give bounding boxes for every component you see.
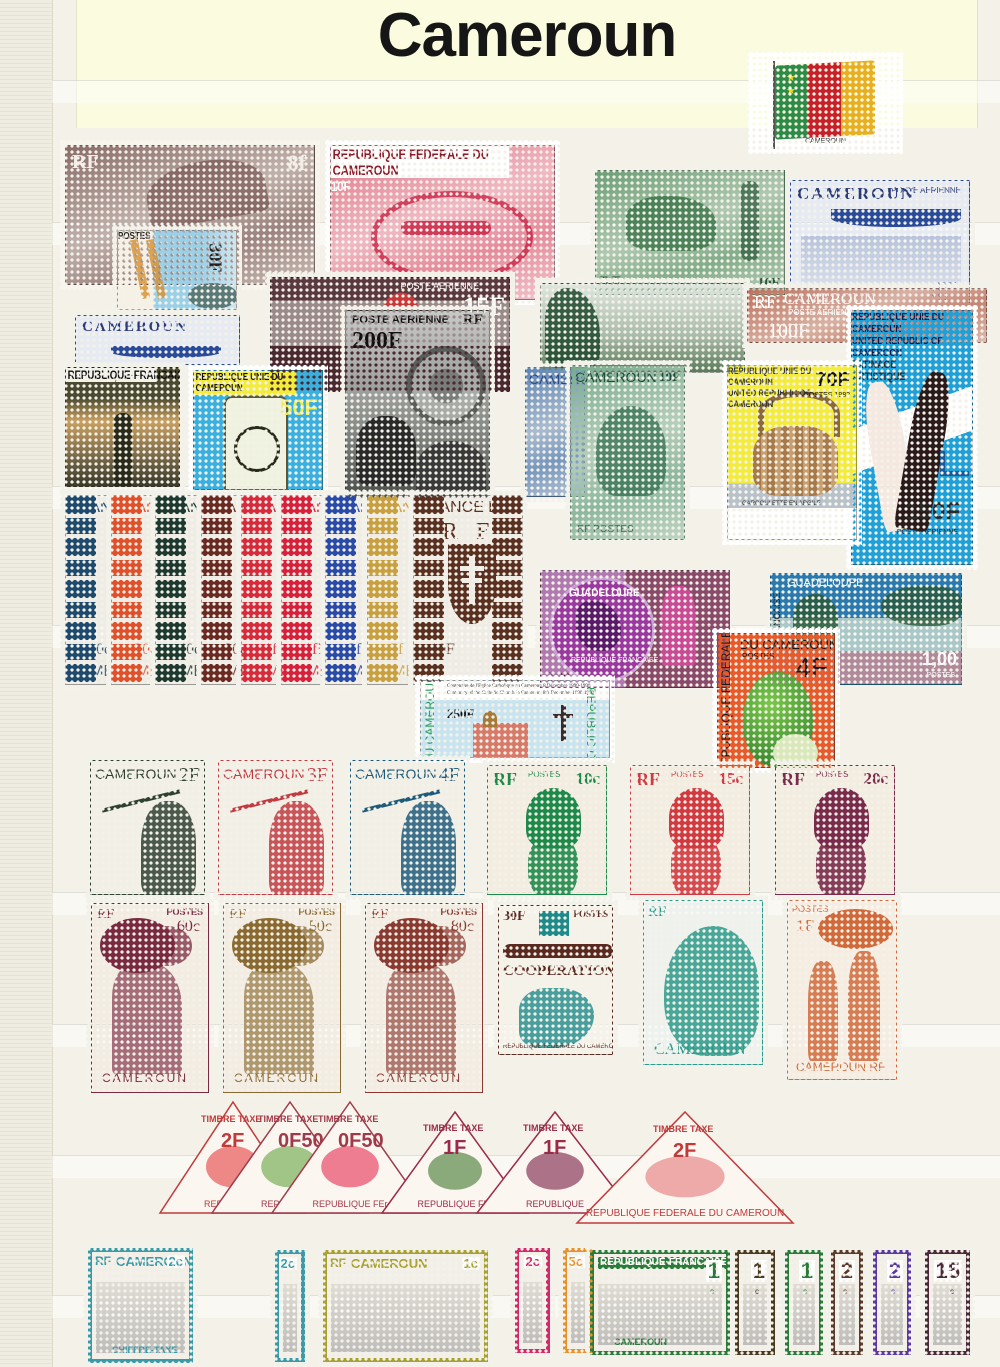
stamp-country: CAMEROUN (351, 1257, 428, 1270)
stamp-country: CAMEROUN (575, 370, 657, 384)
stamp-prefix: RF (754, 293, 776, 311)
stamp-value: 1F (796, 917, 814, 934)
stamp-country: DU CAMEROUN (740, 638, 835, 651)
figure-illustration (244, 964, 314, 1074)
stamp-country: CAMEROUN (223, 767, 305, 781)
stamp-value: 5c (567, 1255, 585, 1268)
stamp-value: 20c (863, 770, 888, 787)
stamp-france-libre: FRANCE LIBRERF10F (408, 490, 528, 690)
vignette-illustration (331, 1284, 480, 1352)
stamp-basket-70f: 70FPOSTES 1982GARGOULETTE EN ARGILEREPUB… (722, 360, 862, 545)
stamp-header: FRANCE LIBRE (68, 500, 109, 516)
stamp-country: REPUBLIQUE·FRANCAISE (66, 368, 156, 382)
face-illustration (528, 836, 578, 895)
stamp-value: 1 (799, 1260, 815, 1282)
stamp-footer: CAMEROUN (284, 664, 325, 680)
stamp-value: 0F50 (338, 1130, 384, 1153)
flag-caption: CAMEROUN (753, 138, 898, 145)
stamp-caption: Centenary of the Catholic Church in Came… (447, 691, 594, 696)
stamp-value: 2f (348, 642, 361, 658)
winged-victory-illustration (142, 151, 271, 231)
stamp-country: REPUBLIQUE UNIE DU CAMEROUN (728, 366, 830, 388)
stamp-label: POSTES (573, 910, 608, 919)
stamp-value: 3F (307, 765, 328, 785)
stamp-unit: c (755, 1288, 759, 1296)
tribal-pattern-illustration (368, 496, 410, 684)
stamp-skating-150f: REPUBLIQUE UNIE DU CAMEROUNUNITED REPUBL… (846, 305, 978, 570)
stamp-header: FRANCE LIBRE (418, 500, 523, 516)
stamp-header: FRANCE LIBRE (370, 500, 411, 516)
stamp-value: 2c (279, 1257, 297, 1270)
stamp-value: 10F (331, 178, 509, 194)
stamp-two-women: RFPOSTES60cCAMEROUN (86, 898, 214, 1098)
cattle-illustration (626, 196, 716, 251)
stamp-value: 50c (309, 919, 332, 935)
france-map-illustration (539, 911, 569, 936)
stamp-header: TIMBRE TAXE (653, 1124, 713, 1134)
stamp-two-women: RFPOSTES80cCAMEROUN (360, 898, 488, 1098)
handshake-illustration (401, 221, 491, 235)
stamp-caption: PATINAGE ARTISTIQUE (852, 359, 948, 383)
stamp-airmail-canoe: CAMEROUN (70, 310, 245, 370)
stamp-value: 30F (207, 244, 225, 273)
stamp-archer: CAMEROUN2F (85, 755, 210, 900)
stamp-label: POSTE AERIENNE (400, 282, 479, 291)
dancer-illustration (661, 586, 696, 666)
stamp-country: CAMEROUN (95, 767, 177, 781)
stamp-footer: CAMEROUN (614, 1338, 667, 1347)
stamp-value: 1 (706, 1260, 722, 1282)
stamp-manatee-30f: POSTES30F (112, 225, 242, 315)
stamp-value: 100F (768, 321, 809, 341)
vignette-illustration (283, 1284, 297, 1352)
stamp-value: 2 (839, 1260, 855, 1282)
stamp-unit: c (891, 1288, 895, 1296)
stamp-side-text: REPUBLIC OF C (585, 687, 597, 758)
stamp-value: 10F (430, 642, 455, 658)
stamp-value: 2c (524, 1255, 542, 1268)
stamp-label: POSTES (927, 672, 955, 679)
stamp-value: 1F (443, 1137, 466, 1160)
stamp-header: FRANCE LIBRE (114, 500, 155, 516)
stamp-country-en: UNITED REPUBLIC OF CAMEROON (728, 388, 830, 410)
stamp-footer: REPUBLIQUE FEDERALE DU CAMEROUN (503, 1044, 613, 1050)
stamp-value: 5f (390, 642, 403, 658)
stamp-caption: Centenaire de l'Eglise Catholique au Cam… (447, 684, 590, 689)
stamp-label: POSTE AERIENNE (352, 315, 449, 326)
stamp-country: GUADELOUPE (787, 578, 863, 589)
face-illustration (816, 836, 866, 895)
stamp-definitive: CAMEROUNRF1c (318, 1245, 493, 1367)
stamp-value: 50F (280, 397, 318, 419)
africa-map-illustration (519, 988, 594, 1048)
stamp-value: 1,00 (922, 650, 957, 668)
stamp-value: 2F (673, 1140, 696, 1163)
cross-icon (553, 714, 573, 718)
archer-illustration (269, 801, 324, 895)
tree-illustration (545, 288, 600, 368)
stamp-country-en: UNITED REPUBLIC OF CAMEROON (852, 335, 948, 359)
stamp-footer: CHIFFRE-TAXE (112, 1346, 177, 1355)
stamp-country: RF (97, 908, 114, 922)
stamp-country: RF (781, 770, 805, 788)
stamp-country: RF (493, 770, 517, 788)
stamp-footer: CAMEROUN (376, 1072, 462, 1084)
stamp-label: POSTES (742, 653, 774, 661)
stamp-value: 60c (177, 919, 200, 935)
stamp-cooperation-30f: 30FPOSTESCOOPERATIONREPUBLIQUE FEDERALE … (493, 900, 618, 1060)
stamp-value: 1F (543, 1137, 566, 1160)
stamp-value: 1 (751, 1260, 767, 1282)
stamp-label: POSTES (671, 771, 703, 779)
portrait-illustration (416, 441, 486, 496)
clay-pot-illustration (753, 426, 838, 496)
stamp-value: 15c (718, 770, 743, 787)
stamp-definitive: REPUBLIQUE·FRANCAISE1cCAMEROUN (585, 1245, 735, 1360)
stamp-caption: GARGOULETTE EN ARGILE (742, 501, 821, 507)
flame-illustration (146, 239, 166, 299)
stamp-definitive: 1c (780, 1245, 828, 1360)
stamp-definitive: 15c (920, 1245, 975, 1360)
stamp-value: 8f (288, 152, 306, 174)
stamp-value: 80c (451, 919, 474, 935)
stamp-definitive: 2c (868, 1245, 916, 1360)
stamp-country: GUADELOUPE (569, 589, 640, 599)
stamp-breadfruit-4f: DU CAMEROUNPOSTES4FREPUBLIQUE FEDERALE (712, 628, 840, 773)
porter-illustration (848, 951, 880, 1061)
stamp-two-women: RFPOSTES50cCAMEROUN (218, 898, 346, 1098)
stamp-value: 10c (575, 770, 600, 787)
stamp-label: POSTE AERIENNE (891, 187, 961, 195)
stamp-archer: CAMEROUN3F (213, 755, 338, 900)
stamp-side-text: DU CAMEROUN (424, 680, 436, 758)
stamp-header: TIMBRE TAXE (318, 1114, 378, 1124)
olympic-logo-icon (940, 451, 969, 476)
stamp-value: 250F (447, 707, 474, 720)
stamp-unit: c (843, 1288, 847, 1296)
stamp-value: 30F (503, 910, 526, 924)
vignette-illustration (933, 1284, 962, 1345)
manatee-illustration (188, 283, 237, 309)
porter-illustration (808, 961, 838, 1061)
drum-emblem-illustration (234, 426, 280, 472)
propeller-illustration (406, 346, 486, 426)
cross-of-lorraine-icon (460, 566, 484, 571)
portrait-illustration (356, 416, 416, 486)
canoe-illustration (111, 346, 221, 358)
stamp-airmail-200f: POSTE AERIENNERF200F (340, 305, 495, 505)
stamp-value: 2c (167, 1255, 185, 1268)
horseman-illustration (596, 406, 666, 496)
figure-illustration (386, 964, 456, 1074)
stamp-prefix: RF (330, 1257, 346, 1269)
archer-illustration (141, 801, 196, 895)
stamp-prefix: RF (95, 1255, 111, 1267)
stamp-definitive: 2c (826, 1245, 868, 1360)
star-icon: ★ (786, 71, 796, 84)
stamp-footer: CAMEROUN (234, 1072, 320, 1084)
stamp-label: POSTES (816, 771, 848, 779)
stamp-value: 4F (439, 765, 460, 785)
album-binding (0, 0, 53, 1367)
stamp-unit: c (710, 1288, 714, 1296)
stamp-definitive: 2c (270, 1245, 310, 1367)
warrior-illustration (114, 413, 132, 487)
stamp-footer: CAMEROUN (68, 664, 109, 680)
stamp-footer: CAMEROUN RF (796, 1061, 885, 1073)
stamp-footer: CAMEROUN (370, 664, 411, 680)
stamp-footer: REPUBLIQUE FEDERALE DU CAMEROUN (575, 1208, 795, 1219)
stamp-label: POSTES (166, 908, 203, 917)
stamp-country: RF (371, 908, 388, 922)
stamp-footer: CAMEROUN (114, 664, 155, 680)
cross-of-lorraine-icon (462, 578, 482, 583)
cross-icon (561, 705, 566, 741)
vignette-illustration (571, 1282, 585, 1343)
stamp-guadeloupe-230: GUADELOUPEREPUBLIQUE FRANCAISE2,30 (535, 565, 735, 693)
stamp-footer: CAMEROUN (158, 664, 199, 680)
figure-illustration (112, 964, 182, 1074)
stamp-value: 2F (179, 765, 200, 785)
stamp-postage-due: TIMBRE TAXE2FREPUBLIQUE FEDERALE DU CAME… (575, 1110, 795, 1225)
stamp-porters-1f: POSTES1FCAMEROUN RF (782, 895, 902, 1085)
stamp-country: REPUBLIQUE UNIE DU CAMEROUN (194, 371, 296, 395)
vignette-illustration (523, 1282, 542, 1343)
stamp-unit: c (803, 1288, 807, 1296)
stamp-label: POSTES (528, 771, 560, 779)
stamp-head: RFPOSTES10c (482, 760, 612, 900)
stamp-side-text: REPUBLIQUE FEDERALE (720, 633, 732, 768)
stamp-footer: CAMEROUN (102, 1072, 188, 1084)
vignette-illustration (96, 1282, 185, 1353)
stamp-head-teal: RFCAMEROUN (638, 895, 768, 1070)
stamp-country: RF (648, 905, 666, 920)
stamp-footer: CAMEROUN (654, 1042, 746, 1058)
stamp-head: RFPOSTES15c (625, 760, 755, 900)
stamp-country: RF (229, 908, 246, 922)
archer-illustration (401, 801, 456, 895)
stamp-country: CAMEROUN (82, 320, 188, 335)
stamp-label: POSTES (792, 905, 829, 914)
stamp-value: 4F (795, 654, 828, 682)
star-icon: ★ (786, 84, 796, 97)
canoe-illustration (831, 209, 961, 227)
stamp-header: FRANCE LIBRE (284, 500, 325, 516)
stamp-country: RF (636, 770, 660, 788)
stamp-definitive: CAMEROUNRF2cCHIFFRE-TAXE (83, 1243, 198, 1367)
stamp-definitive: 2c (510, 1243, 555, 1358)
stamp-value: 1c (462, 1257, 480, 1270)
church-illustration (473, 723, 528, 758)
stamp-value: 150F (905, 500, 960, 524)
stamp-archer: CAMEROUN4F (345, 755, 470, 900)
stamp-drum-50f: REPUBLIQUE UNIE DU CAMEROUN50F (188, 365, 328, 495)
stamp-ring-text: REPUBLIQUE FRANCAISE (571, 657, 658, 664)
stamp-value: 10F (659, 370, 680, 383)
stamp-country: REPUBLIQUE UNIE DU CAMEROUN (852, 311, 948, 335)
stamp-label: POSTES (440, 908, 477, 917)
stamp-value: 200F (352, 329, 403, 353)
stamp-country: CAMEROUN (355, 767, 437, 781)
herder-illustration (741, 181, 759, 261)
stamp-country: REPUBLIQUE FEDERALE DU CAMEROUN (331, 146, 509, 178)
face-illustration (671, 836, 721, 895)
basket-illustration (818, 909, 893, 949)
stamp-country: RF (463, 313, 483, 328)
flag-stamp: ★★CAMEROUN (748, 52, 903, 154)
stamp-warriors-green-10f: CAMEROUN10FRF POSTES (565, 360, 690, 545)
stamp-label: POSTES (298, 908, 335, 917)
flag-pole (773, 61, 775, 149)
stamp-header: FRANCE LIBRE (158, 500, 199, 516)
laurel-wreath-illustration (371, 191, 533, 283)
stamp-value: 15 (934, 1260, 962, 1282)
stamp-country: RF (442, 520, 507, 544)
vignette-illustration (839, 1284, 855, 1345)
stamp-label: POSTES (118, 231, 212, 242)
church-dome-illustration (483, 711, 497, 727)
stamp-church-250f: Centenaire de l'Eglise Catholique au Cam… (415, 675, 615, 763)
stamp-definitive: 1c (730, 1245, 780, 1360)
stamp-title: COOPERATION (503, 964, 613, 979)
stamp-unit: c (950, 1288, 954, 1296)
stamp-head: RFPOSTES20c (770, 760, 900, 900)
head-profile-illustration (664, 926, 759, 1056)
stamp-label: POSTE AERIENNE (897, 529, 958, 536)
stamp-label: RF POSTES (577, 525, 634, 535)
stamp-country: RF (72, 152, 99, 172)
stamp-value: 2 (887, 1260, 903, 1282)
palm-leaves-illustration (881, 586, 961, 626)
vignette-illustration (598, 1284, 722, 1345)
stamp-republique-francaise: REPUBLIQUE·FRANCAISE (60, 362, 185, 492)
handshake-illustration (503, 944, 613, 958)
